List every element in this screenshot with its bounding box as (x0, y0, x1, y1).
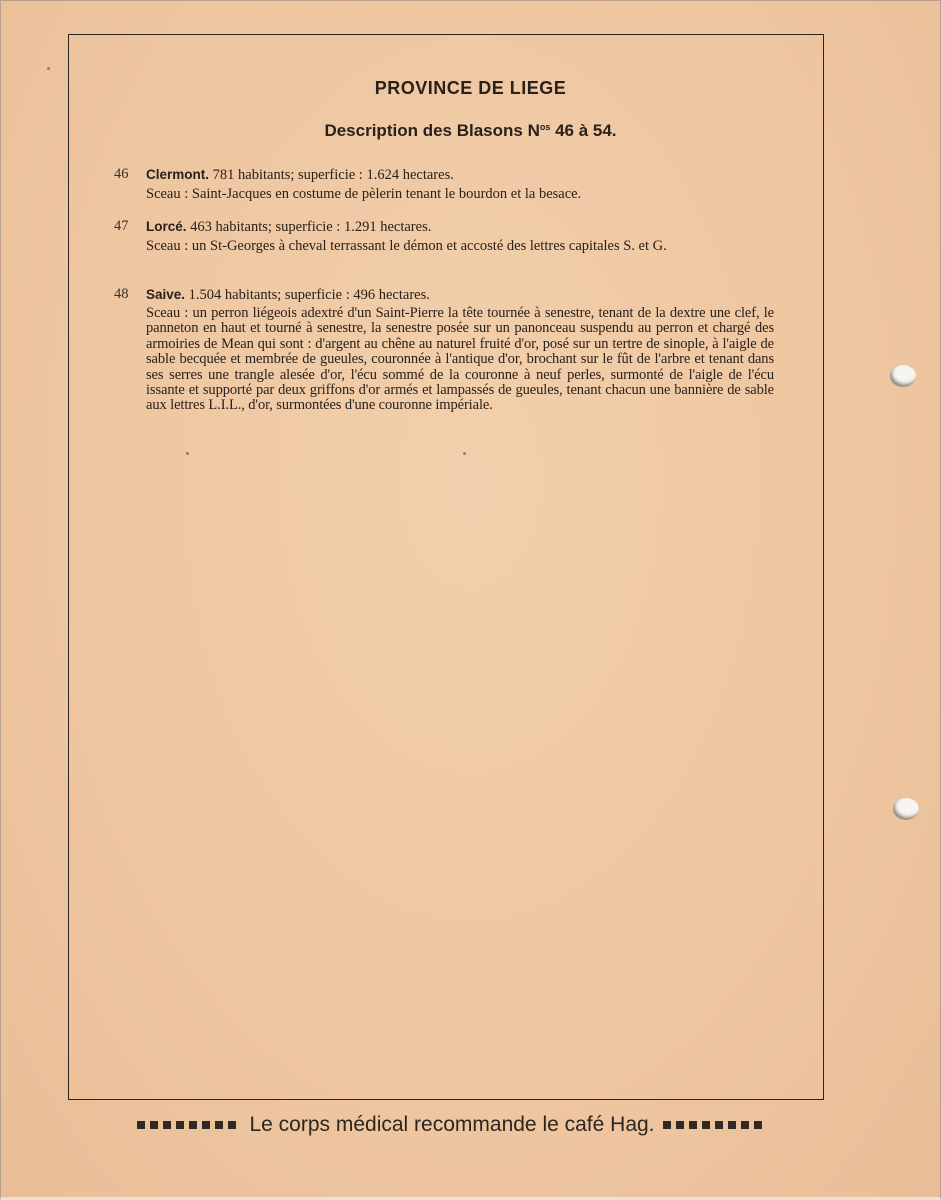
punch-hole (890, 365, 916, 387)
municipality-name: Clermont. (146, 167, 209, 182)
square-bullet-icon (715, 1121, 723, 1129)
punch-hole (893, 798, 919, 820)
page-subtitle: Description des Blasons Nos 46 à 54. (0, 121, 941, 141)
municipality-name: Saive. (146, 287, 185, 302)
square-bullet-icon (150, 1121, 158, 1129)
square-bullet-icon (163, 1121, 171, 1129)
square-bullet-icon (741, 1121, 749, 1129)
square-bullet-icon (728, 1121, 736, 1129)
blason-entry: 47 Lorcé. 463 habitants; superficie : 1.… (114, 218, 774, 255)
decorative-squares-right (663, 1121, 767, 1129)
paper-speck (47, 67, 50, 70)
square-bullet-icon (202, 1121, 210, 1129)
entry-number: 47 (114, 218, 142, 235)
entry-number: 46 (114, 166, 142, 183)
decorative-squares-left (137, 1121, 241, 1129)
seal-description: Sceau : Saint-Jacques en costume de pèle… (114, 186, 774, 203)
square-bullet-icon (702, 1121, 710, 1129)
blason-entry: 46 Clermont. 781 habitants; superficie :… (114, 166, 774, 203)
subtitle-range: 46 à 54. (550, 121, 616, 140)
subtitle-superscript: os (540, 122, 551, 132)
square-bullet-icon (228, 1121, 236, 1129)
municipality-name: Lorcé. (146, 219, 187, 234)
square-bullet-icon (215, 1121, 223, 1129)
square-bullet-icon (189, 1121, 197, 1129)
entry-number: 48 (114, 286, 142, 303)
square-bullet-icon (663, 1121, 671, 1129)
page-title: PROVINCE DE LIEGE (0, 78, 941, 99)
entry-stats: 463 habitants; superficie : 1.291 hectar… (187, 219, 432, 235)
footer-text: Le corps médical recommande le café Hag. (249, 1113, 654, 1137)
square-bullet-icon (754, 1121, 762, 1129)
paper-speck (463, 452, 466, 455)
square-bullet-icon (676, 1121, 684, 1129)
square-bullet-icon (137, 1121, 145, 1129)
entry-header: Saive. 1.504 habitants; superficie : 496… (114, 286, 774, 304)
seal-description: Sceau : un perron liégeois adextré d'un … (114, 306, 774, 414)
square-bullet-icon (689, 1121, 697, 1129)
square-bullet-icon (176, 1121, 184, 1129)
advertisement-footer: Le corps médical recommande le café Hag. (76, 1113, 828, 1137)
paper-speck (186, 452, 189, 455)
blason-entry: 48 Saive. 1.504 habitants; superficie : … (114, 286, 774, 414)
entry-header: Lorcé. 463 habitants; superficie : 1.291… (114, 218, 774, 236)
entry-header: Clermont. 781 habitants; superficie : 1.… (114, 166, 774, 184)
seal-description: Sceau : un St-Georges à cheval terrassan… (114, 238, 774, 255)
entry-stats: 781 habitants; superficie : 1.624 hectar… (209, 167, 454, 183)
entry-stats: 1.504 habitants; superficie : 496 hectar… (185, 287, 430, 303)
subtitle-text: Description des Blasons N (324, 121, 539, 140)
